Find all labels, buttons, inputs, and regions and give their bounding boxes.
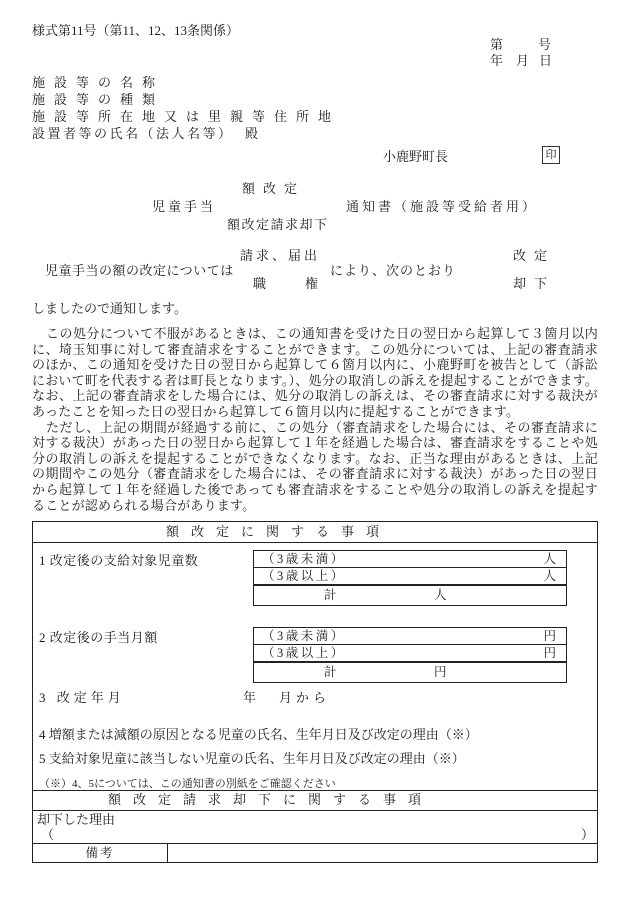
recipient-founder-name: 設置者等の氏名（法人名等） bbox=[32, 126, 234, 142]
rejection-reason-label: 却下した理由 bbox=[37, 812, 115, 828]
rejection-reason-row: 却下した理由 （ ） bbox=[33, 811, 597, 844]
item2-total-box: 計 円 bbox=[253, 662, 567, 683]
title-option-rejection: 額改定請求却下 bbox=[227, 217, 329, 233]
statement-middle: により、次のとおり bbox=[330, 263, 456, 279]
statement-option-reject: 却下 bbox=[513, 276, 555, 292]
item2-total-label: 計 bbox=[324, 663, 337, 682]
document-page: 様式第11号（第11、12、13条関係） 第 号 年 月 日 施設等の名称 施設… bbox=[0, 0, 630, 903]
statement-option-request: 請求、届出 bbox=[240, 248, 320, 264]
item3-label: 3 改定年月 bbox=[39, 690, 125, 706]
remarks-label-cell: 備考 bbox=[33, 844, 168, 862]
item1-row-under3: （3歳未満） 人 bbox=[254, 551, 566, 568]
item3-month-from-label: 月から bbox=[279, 690, 330, 706]
item1-under3-label: （3歳未満） bbox=[262, 551, 346, 567]
item5-label: 5 支給対象児童に該当しない児童の氏名、生年月日及び改定の理由（※） bbox=[39, 751, 465, 767]
item1-over3-unit: 人 bbox=[543, 568, 556, 584]
appeal-notice-paragraph-2: ただし、上記の期間が経過する前に、この処分（審査請求をした場合には、その審査請求… bbox=[32, 420, 598, 514]
appeal-notice: この処分について不服があるときは、この通知書を受けた日の翌日から起算して３箇月以… bbox=[32, 326, 598, 513]
item2-amount-box: （3歳未満） 円 （3歳以上） 円 bbox=[253, 627, 567, 662]
item1-under3-unit: 人 bbox=[543, 551, 556, 567]
recipient-facility-type: 施設等の種類 bbox=[32, 92, 164, 108]
item2-label: 2 改定後の手当月額 bbox=[39, 630, 158, 646]
date-year-label: 年 bbox=[490, 53, 503, 69]
form-number: 様式第11号（第11、12、13条関係） bbox=[32, 23, 239, 39]
rejection-table-header: 額改定請求却下に関する事項 bbox=[33, 791, 597, 811]
rejection-table-title: 額改定請求却下に関する事項 bbox=[108, 792, 433, 808]
amount-change-table: 額改定に関する事項 1 改定後の支給対象児童数 （3歳未満） 人 （3歳以上） … bbox=[32, 521, 598, 791]
item4-label: 4 増額または減額の原因となる児童の氏名、生年月日及び改定の理由（※） bbox=[39, 727, 478, 743]
table-footnote: （※）4、5については、この通知書の別紙をご確認ください bbox=[39, 775, 336, 791]
date-month-label: 月 bbox=[516, 53, 529, 69]
amount-change-table-title: 額改定に関する事項 bbox=[166, 524, 391, 540]
appeal-notice-paragraph-1: この処分について不服があるときは、この通知書を受けた日の翌日から起算して３箇月以… bbox=[32, 326, 598, 420]
date-day-label: 日 bbox=[539, 53, 552, 69]
item1-label: 1 改定後の支給対象児童数 bbox=[39, 553, 198, 569]
item2-total-unit: 円 bbox=[434, 663, 447, 682]
item1-row-over3: （3歳以上） 人 bbox=[254, 568, 566, 584]
item2-under3-label: （3歳未満） bbox=[262, 628, 346, 644]
item2-row-over3: （3歳以上） 円 bbox=[254, 645, 566, 661]
recipient-honorific: 殿 bbox=[245, 126, 258, 142]
remarks-row: 備考 bbox=[33, 844, 597, 862]
item2-over3-label: （3歳以上） bbox=[262, 645, 346, 661]
remarks-value-cell bbox=[168, 844, 597, 862]
rejection-reason-paren-close: ） bbox=[581, 827, 594, 843]
issuer-name: 小鹿野町長 bbox=[383, 149, 448, 165]
statement-tail: しましたので通知します。 bbox=[32, 301, 187, 317]
amount-change-table-header: 額改定に関する事項 bbox=[33, 522, 597, 543]
doc-number-suffix: 号 bbox=[538, 37, 551, 53]
doc-number-prefix: 第 bbox=[490, 37, 503, 53]
recipient-facility-name: 施設等の名称 bbox=[32, 75, 164, 91]
item1-over3-label: （3歳以上） bbox=[262, 568, 346, 584]
rejection-table: 額改定請求却下に関する事項 却下した理由 （ ） 備考 bbox=[32, 790, 598, 863]
item1-total-box: 計 人 bbox=[253, 585, 567, 606]
item2-over3-unit: 円 bbox=[543, 645, 556, 661]
title-left: 児童手当 bbox=[152, 199, 216, 215]
item1-total-unit: 人 bbox=[434, 586, 447, 605]
item1-count-box: （3歳未満） 人 （3歳以上） 人 bbox=[253, 550, 567, 585]
item2-row-under3: （3歳未満） 円 bbox=[254, 628, 566, 645]
item3-year-label: 年 bbox=[243, 690, 256, 706]
seal-mark: 印 bbox=[542, 146, 560, 164]
rejection-reason-paren-open: （ bbox=[41, 827, 54, 843]
title-option-amount-change: 額改定 bbox=[242, 181, 305, 197]
statement-option-change: 改定 bbox=[513, 248, 555, 264]
title-right: 通知書（施設等受給者用） bbox=[346, 199, 538, 215]
recipient-facility-address: 施設等所在地又は里親等住所地 bbox=[32, 109, 340, 125]
item1-total-label: 計 bbox=[324, 586, 337, 605]
statement-lead: 児童手当の額の改定については bbox=[45, 263, 234, 279]
item2-under3-unit: 円 bbox=[543, 628, 556, 644]
